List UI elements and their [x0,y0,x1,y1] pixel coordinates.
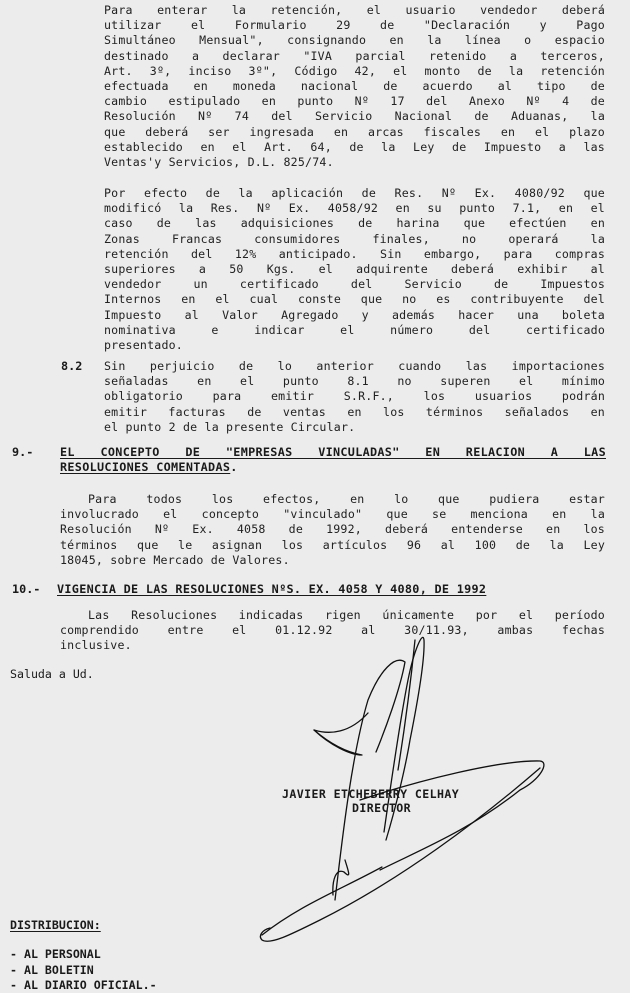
text-line: vendedor un certificado del Servicio de … [104,277,605,292]
text-line: utilizar el Formulario 29 de "Declaració… [104,18,605,33]
section-10-number: 10.- [12,582,40,596]
text-line: comprendido entre el 01.12.92 al 30/11.9… [60,623,605,638]
signatory-name: JAVIER ETCHEBERRY CELHAY [282,787,459,801]
text-line: Para todos los efectos, en lo que pudier… [60,492,605,507]
text-line: Sin perjuicio de lo anterior cuando las … [104,359,605,374]
text-line: establecido en el Art. 64, de la Ley de … [104,140,605,155]
text-line: modificó la Res. Nº Ex. 4058/92 en su pu… [104,201,605,216]
section-10-body: Las Resoluciones indicadas rigen únicame… [60,608,605,654]
distribution-list: - AL PERSONAL - AL BOLETIN - AL DIARIO O… [10,947,157,993]
section-9-body: Para todos los efectos, en lo que pudier… [60,492,605,568]
text-line: señaladas en el punto 8.1 no superen el … [104,374,605,389]
text-line: que deberá ser ingresada en arcas fiscal… [104,125,605,140]
text-line: presentado. [104,338,605,353]
text-line: Simultáneo Mensual", consignando en la l… [104,33,605,48]
text-line: Resolución Nº 74 del Servicio Nacional d… [104,109,605,124]
text-line: términos que le asignan los artículos 96… [60,538,605,553]
text-line: cambio estipulado en punto Nº 17 del Ane… [104,94,605,109]
section-8-2-body: Sin perjuicio de lo anterior cuando las … [104,359,605,435]
distribution-item: - AL PERSONAL [10,947,157,963]
section-9-title-line-2: RESOLUCIONES COMENTADAS [60,460,230,474]
section-8-2-number: 8.2 [61,359,82,373]
text-line: emitir facturas de ventas en los término… [104,405,605,420]
section-9-title: EL CONCEPTO DE "EMPRESAS VINCULADAS" EN … [60,445,606,475]
text-line: destinado a declarar "IVA parcial reteni… [104,49,605,64]
text-line: el punto 2 de la presente Circular. [104,420,605,435]
text-line: Internos en el cual conste que no es con… [104,292,605,307]
section-10-title: VIGENCIA DE LAS RESOLUCIONES NºS. EX. 40… [57,582,486,597]
text-line: inclusive. [60,638,605,653]
text-line: Por efecto de la aplicación de Res. Nº E… [104,186,605,201]
distribution-item: - AL DIARIO OFICIAL.- [10,978,157,993]
distribution-item: - AL BOLETIN [10,963,157,979]
text-line: caso de las adquisiciones de harina que … [104,216,605,231]
paragraph-res-4080-effect: Por efecto de la aplicación de Res. Nº E… [104,186,605,353]
text-line: Ventas'y Servicios, D.L. 825/74. [104,155,605,170]
section-9-title-line-1: EL CONCEPTO DE "EMPRESAS VINCULADAS" EN … [60,445,606,460]
distribution-title: DISTRIBUCION: [10,918,101,932]
text-line: obligatorio para emitir S.R.F., los usua… [104,389,605,404]
text-line: Resolución Nº Ex. 4058 de 1992, deberá e… [60,522,605,537]
text-line: Art. 3º, inciso 3º", Código 42, el monto… [104,64,605,79]
text-line: nominativa e indicar el número del certi… [104,323,605,338]
text-line: Zonas Francas consumidores finales, no o… [104,232,605,247]
closing-salutation: Saluda a Ud. [10,667,94,681]
text-line: Para enterar la retención, el usuario ve… [104,3,605,18]
text-line: Las Resoluciones indicadas rigen únicame… [60,608,605,623]
section-9-title-period: . [230,460,237,474]
section-9-title-line-2-wrap: RESOLUCIONES COMENTADAS. [60,460,606,475]
document-page: Para enterar la retención, el usuario ve… [0,0,630,993]
text-line: involucrado el concepto "vinculado" que … [60,507,605,522]
text-line: Impuesto al Valor Agregado y además hace… [104,308,605,323]
paragraph-retention-payment: Para enterar la retención, el usuario ve… [104,3,605,170]
text-line: retención del 12% anticipado. Sin embarg… [104,247,605,262]
text-line: efectuada en moneda nacional de acuerdo … [104,79,605,94]
signatory-title: DIRECTOR [352,801,411,815]
section-9-number: 9.- [12,445,33,459]
section-10-title-text: VIGENCIA DE LAS RESOLUCIONES NºS. EX. 40… [57,582,486,596]
text-line: superiores a 50 Kgs. el adquirente deber… [104,262,605,277]
text-line: 18045, sobre Mercado de Valores. [60,553,605,568]
